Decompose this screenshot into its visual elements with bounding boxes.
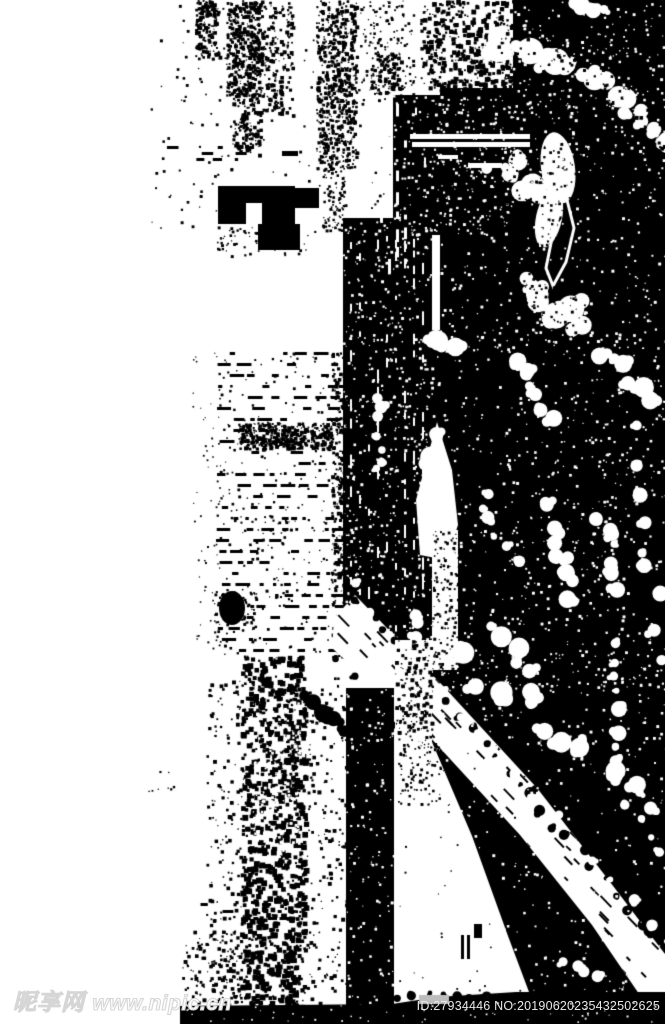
watermark-nipic: 昵享网 www.nipic.cn	[13, 984, 232, 1017]
stock-photo-preview: 昵享网 www.nipic.cn ID:27934446 NO:20190620…	[0, 0, 665, 1024]
halftone-photo-canvas	[0, 0, 665, 1024]
watermark-site-url: www.nipic.cn	[92, 992, 231, 1015]
image-id-label: ID:27934446 NO:20190620235432502625	[417, 999, 660, 1013]
watermark-site-name: 昵享网	[13, 989, 85, 1015]
